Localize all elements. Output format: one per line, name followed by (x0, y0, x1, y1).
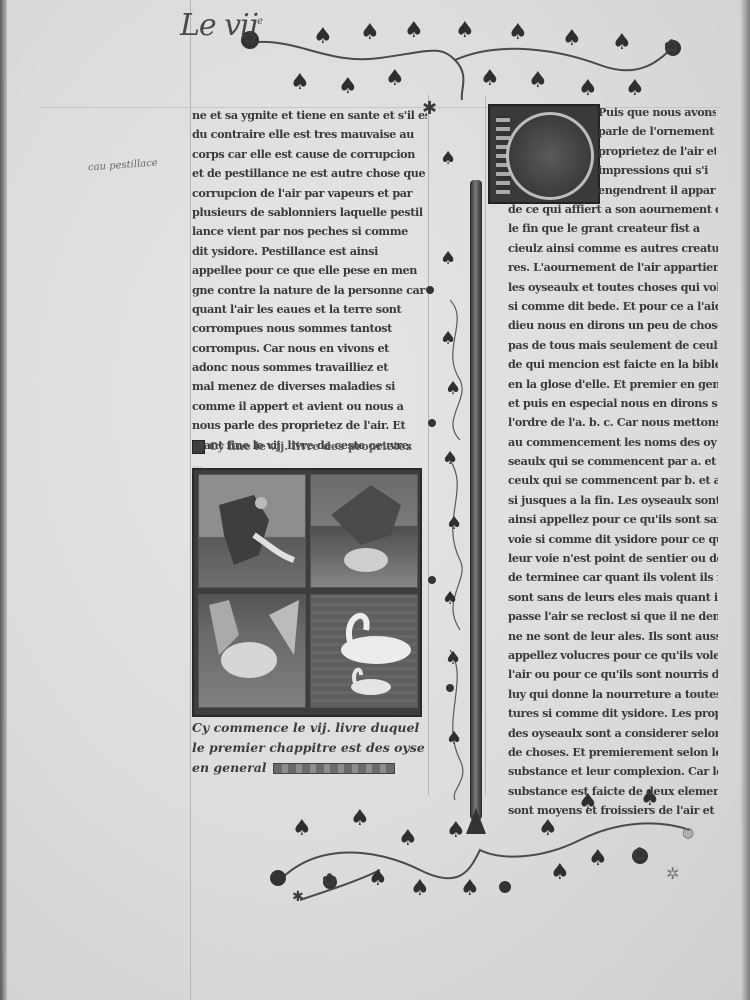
text-line: sont moyens et froissiers de l'air et de… (508, 801, 718, 820)
text-line: ne et sa ygnite et tiene en sante et s'i… (192, 106, 427, 125)
text-line: ainsi appellez pour ce qu'ils sont sans (508, 510, 718, 529)
ivy-leaf-icon: ♠ (528, 70, 548, 92)
line-filler-decoration (273, 763, 395, 774)
text-line: de choses. Et premierement selon leur (508, 743, 718, 762)
text-line: de ce qui affiert a son aournement quel (508, 200, 718, 219)
ivy-leaf-icon: ♠ (350, 808, 370, 830)
manuscript-folio: Le vije cau pestillace ♠ ♠ (0, 0, 750, 1000)
text-line: corrompues nous sommes tantost (192, 319, 427, 338)
text-line: seaulx qui se commencent par a. et puis (508, 452, 718, 471)
text-line: et de pestillance ne est autre chose que (192, 164, 427, 183)
incipit-line: Cy commence le vij. livre duquel (192, 718, 424, 738)
text-line: ceulx qui se commencent par b. et ain (508, 471, 718, 490)
ivy-leaf-icon: ♠ (442, 450, 458, 468)
text-line: le fin que le grant createur fist a (508, 219, 718, 238)
ivy-leaf-icon: ♠ (442, 590, 458, 608)
text-line: corps car elle est cause de corrupcion (192, 145, 427, 164)
miniature-panel-birds-tree (198, 594, 306, 708)
text-line: dit ysidore. Pestillance est ainsi (192, 242, 427, 261)
ivy-leaf-icon: ♠ (410, 878, 430, 900)
ivy-leaf-icon: ♠ (562, 28, 582, 50)
rosette-icon: ✱ (292, 890, 304, 904)
decorated-initial-icon (192, 440, 205, 454)
text-line: si comme dit bede. Et pour ce a l'aide d… (508, 297, 718, 316)
text-line: substance est faicte de deux elemens qui (508, 782, 718, 801)
text-line: du contraire elle est tres mauvaise au (192, 125, 427, 144)
text-line: leur voie n'est point de sentier ou de (508, 549, 718, 568)
ivy-leaf-icon: ♠ (508, 22, 528, 44)
right-text-column-top: Puis que nous avons parle de l'ornement … (598, 103, 716, 200)
ivy-leaf-icon: ♠ (440, 150, 456, 168)
ivy-leaf-icon: ♠ (455, 20, 475, 42)
ivy-leaf-icon: ♠ (440, 330, 456, 348)
text-line: proprietez de l'air et des (598, 142, 716, 161)
miniature-panel-eagle (198, 474, 306, 588)
rosette-icon: ✲ (666, 866, 679, 882)
ivy-leaf-icon: ♠ (480, 68, 500, 90)
ivy-leaf-icon: ♠ (385, 68, 405, 90)
text-line: et puis en especial nous en dirons selon (508, 394, 718, 413)
ivy-leaf-icon: ♠ (578, 78, 598, 100)
incipit-rubric: Cy commence le vij. livre duquel le prem… (192, 718, 424, 778)
text-line: quant l'air les eaues et la terre sont (192, 300, 427, 319)
ivy-leaf-icon: ♠ (445, 380, 461, 398)
ivy-leaf-icon: ♠ (292, 818, 312, 840)
text-line: appellee pour ce que elle pese en men (192, 261, 427, 280)
ivy-leaf-icon: ♠ (290, 72, 310, 94)
ivy-leaf-icon: ♠ (446, 730, 462, 748)
ivy-leaf-icon: ♠ (550, 862, 570, 884)
ivy-leaf-icon: ♠ (338, 76, 358, 98)
text-line: corrompus. Car nous en vivons et (192, 339, 427, 358)
rubric-explicit: Cy fine le vij. livre des proprietez (192, 440, 422, 454)
miniature-panel-bird-of-prey (310, 474, 418, 588)
right-text-column: de ce qui affiert a son aournement quel … (508, 200, 718, 821)
text-line: passe l'air se reclost si que il ne demo… (508, 607, 718, 626)
text-line: corrupcion de l'air par vapeurs et par (192, 184, 427, 203)
text-line: gne contre la nature de la personne car (192, 281, 427, 300)
incipit-line: en general (192, 760, 267, 775)
text-line: cieulz ainsi comme es autres creatu (508, 239, 718, 258)
text-line: res. L'aournement de l'air appartient (508, 258, 718, 277)
ivy-leaf-icon: ♠ (446, 515, 462, 533)
initial-bowl-foliage (506, 112, 594, 200)
rosette-icon: ✿ (664, 38, 679, 56)
ivy-leaf-icon: ♠ (445, 650, 461, 668)
text-line: Puis que nous avons (598, 103, 716, 122)
rosette-icon: ✿ (242, 30, 257, 48)
border-bar (470, 180, 482, 820)
ivy-leaf-icon: ♠ (625, 78, 645, 100)
miniature-painting (192, 468, 422, 717)
text-line: comme il appert et avient ou nous a (192, 397, 427, 416)
text-line: lance vient par nos peches si comme (192, 222, 427, 241)
text-line: ne ne sont de leur ales. Ils sont aussi (508, 627, 718, 646)
text-line: l'air ou pour ce qu'ils sont nourris de … (508, 665, 718, 684)
text-line: appellez volucres pour ce qu'ils volent … (508, 646, 718, 665)
ivy-leaf-icon: ♠ (360, 22, 380, 44)
decorated-initial-d (488, 104, 600, 204)
ivy-leaf-icon: ♠ (588, 848, 608, 870)
text-line: engendrent il appartient (598, 181, 716, 200)
rosette-icon: ✿ (632, 846, 647, 864)
ivy-leaf-icon: ♠ (446, 820, 466, 842)
text-line: l'ordre de l'a. b. c. Car nous mettons (508, 413, 718, 432)
text-line: pas de tous mais seulement de ceulx (508, 336, 718, 355)
text-line: nous parle des proprietez de l'air. Et (192, 416, 427, 435)
text-line: plusieurs de sablonniers laquelle pestil (192, 203, 427, 222)
text-line: voie si comme dit ysidore pour ce que (508, 530, 718, 549)
text-line: tures si comme dit ysidore. Les propriet… (508, 704, 718, 723)
miniature-panel-swans (310, 594, 418, 708)
ivy-leaf-icon: ♠ (313, 26, 333, 48)
text-line: si jusques a la fin. Les oyseaulx sont (508, 491, 718, 510)
ivy-leaf-icon: ♠ (460, 878, 480, 900)
berry-icon: ◍ (682, 826, 694, 840)
text-line: au commencement les noms des oy (508, 433, 718, 452)
text-line: impressions qui s'i (598, 161, 716, 180)
left-text-column: ne et sa ygnite et tiene en sante et s'i… (192, 106, 427, 474)
text-line: les oyseaulx et toutes choses qui volent (508, 278, 718, 297)
text-line: mal menez de diverses maladies si (192, 377, 427, 396)
ivy-leaf-icon: ♠ (612, 32, 632, 54)
text-line: adonc nous sommes travailliez et (192, 358, 427, 377)
text-line: dieu nous en dirons un peu de chose et n… (508, 316, 718, 335)
rosette-icon: ✿ (322, 872, 337, 890)
text-line: des oyseaulx sont a considerer selon mou… (508, 724, 718, 743)
text-line: en la glose d'elle. Et premier en genera… (508, 375, 718, 394)
incipit-line: le premier chappitre est des oyseaulx (192, 738, 424, 758)
text-line: de terminee car quant ils volent ils ne (508, 568, 718, 587)
text-line: sont sans de leurs eles mais quant il se (508, 588, 718, 607)
text-line: substance et leur complexion. Car leur (508, 762, 718, 781)
text-line: de qui mencion est faicte en la bible ou (508, 355, 718, 374)
text-line: luy qui donne la nourreture a toutes cre… (508, 685, 718, 704)
ivy-leaf-icon: ♠ (404, 20, 424, 42)
ivy-leaf-icon: ♠ (368, 868, 388, 890)
ivy-leaf-icon: ♠ (538, 818, 558, 840)
ivy-leaf-icon: ♠ (398, 828, 418, 850)
text-line: parle de l'ornement des (598, 122, 716, 141)
ivy-leaf-icon: ♠ (440, 250, 456, 268)
